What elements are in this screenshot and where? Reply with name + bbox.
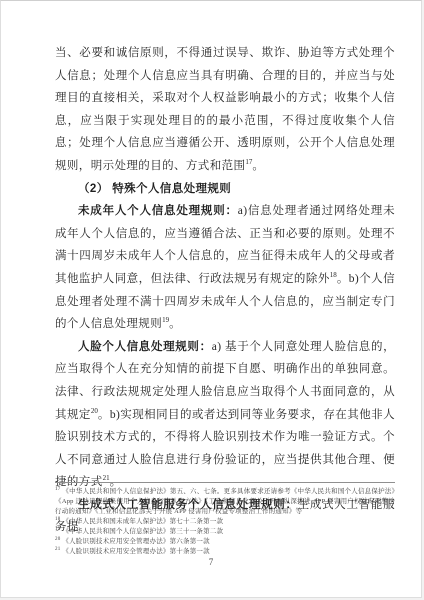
paragraph-lead-bold: 人脸个人信息处理规则： <box>78 341 212 353</box>
footnote-21: 21《人脸识别技术应用安全管理办法》第十条第一款 <box>55 547 395 557</box>
footnote-18: 18《中华人民共和国未成年人保护法》第七十二条第一款 <box>55 517 395 527</box>
paragraph-minors-rules: 未成年人个人信息处理规则：a)信息处理者通过网络处理未成年人个人信息的，应当遵循… <box>55 200 395 336</box>
footnote-17: 17《中华人民共和国个人信息保护法》第五、六、七条。更多具体要求还请参考《中华人… <box>55 487 395 517</box>
footnote-marker: 18 <box>55 517 60 522</box>
page-body: 当、必要和诚信原则，不得通过误导、欺诈、胁迫等方式处理个人信息；处理个人信息应当… <box>55 42 395 539</box>
footnote-text: 《中华人民共和国个人信息保护法》第五、六、七条。更多具体要求还请参考《中华人民共… <box>55 488 395 515</box>
paragraph-principles: 当、必要和诚信原则，不得通过误导、欺诈、胁迫等方式处理个人信息；处理个人信息应当… <box>55 42 395 178</box>
footnote-text: 《人脸识别技术应用安全管理办法》第六条第一款 <box>62 538 209 545</box>
paragraph-text: 当、必要和诚信原则，不得通过误导、欺诈、胁迫等方式处理个人信息；处理个人信息应当… <box>55 47 395 172</box>
footnote-marker: 21 <box>55 547 60 552</box>
paragraph-lead-bold: 未成年人个人信息处理规则： <box>78 205 238 217</box>
footnote-section: 17《中华人民共和国个人信息保护法》第五、六、七条。更多具体要求还请参考《中华人… <box>55 482 395 557</box>
document-page: 当、必要和诚信原则，不得通过误导、欺诈、胁迫等方式处理个人信息；处理个人信息应当… <box>0 0 422 598</box>
paragraph-text: 。 <box>252 160 264 172</box>
footnote-text: 《中华人民共和国个人信息保护法》第三十一条第二款 <box>62 528 223 535</box>
footnote-marker: 20 <box>55 537 60 542</box>
footnote-19: 19《中华人民共和国个人信息保护法》第三十一条第二款 <box>55 527 395 537</box>
section-heading-special-rules: （2） 特殊个人信息处理规则 <box>55 178 395 201</box>
footnote-text: 《中华人民共和国未成年人保护法》第七十二条第一款 <box>62 518 223 525</box>
footnote-ref-18: 18 <box>330 271 337 279</box>
footnote-20: 20《人脸识别技术应用安全管理办法》第六条第一款 <box>55 537 395 547</box>
footnote-marker: 17 <box>55 487 60 492</box>
footnote-ref-20: 20 <box>91 407 98 415</box>
footnote-text: 《人脸识别技术应用安全管理办法》第十条第一款 <box>62 548 209 555</box>
paragraph-face-rules: 人脸个人信息处理规则：a) 基于个人同意处理人脸信息的，应当取得个人在充分知情的… <box>55 336 395 494</box>
footnote-marker: 19 <box>55 527 60 532</box>
paragraph-text: 。 <box>169 318 181 330</box>
page-number: 7 <box>1 557 421 567</box>
